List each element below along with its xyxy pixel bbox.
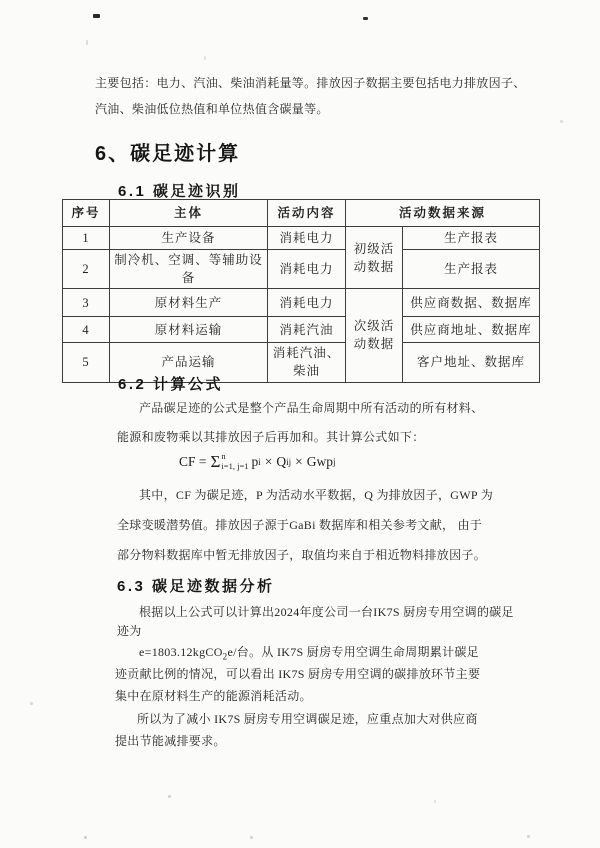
table-cell-source: 生产报表 xyxy=(403,250,540,289)
paragraph-line: 产品碳足迹的公式是整个产品生命周期中所有活动的所有材料、 xyxy=(139,401,483,416)
carbon-footprint-table: 序号 主体 活动内容 活动数据来源 1 生产设备 消耗电力 初级活动数据 生产报… xyxy=(62,199,540,383)
table-cell-source: 客户地址、数据库 xyxy=(403,343,540,382)
table-cell-no: 5 xyxy=(63,343,110,382)
table-cell-activity: 消耗电力 xyxy=(268,250,346,289)
scan-mark xyxy=(84,836,87,839)
paragraph-line: 集中在原材料生产的能源消耗活动。 xyxy=(115,689,312,704)
sigma-symbol: Σ xyxy=(211,452,221,472)
table-header-source: 活动数据来源 xyxy=(346,200,540,227)
table-cell-source: 供应商地址、数据库 xyxy=(403,317,540,343)
scan-mark xyxy=(168,795,171,798)
paragraph-line-emission-value: e=1803.12kgCO2e/台。从 IK7S 厨房专用空调生命周期累计碳足 xyxy=(139,645,479,664)
table-header-no: 序号 xyxy=(63,200,110,227)
table-cell-no: 3 xyxy=(63,289,110,317)
paragraph-line: 全球变暖潜势值。排放因子源于GaBi 数据库和相关参考文献， 由于 xyxy=(117,518,482,533)
paragraph-line: 根据以上公式可以计算出2024年度公司一台IK7S 厨房专用空调的碳足 xyxy=(139,605,514,620)
paragraph-line: 所以为了减小 IK7S 厨房专用空调碳足迹，应重点加大对供应商 xyxy=(137,712,478,727)
scan-mark xyxy=(560,120,563,123)
formula-term-gwp: Gwp xyxy=(307,454,333,470)
table-cell-activity: 消耗电力 xyxy=(268,227,346,250)
table-cell-source: 供应商数据、数据库 xyxy=(403,289,540,317)
scan-mark xyxy=(30,702,33,705)
scan-mark xyxy=(204,56,206,60)
table-cell-group-secondary: 次级活动数据 xyxy=(346,289,403,382)
paragraph-line: 其中，CF 为碳足迹，P 为活动水平数据，Q 为排放因子，GWP 为 xyxy=(139,488,493,503)
multiply-sign: × xyxy=(295,454,303,470)
table-cell-subject: 制冷机、空调、等辅助设备 xyxy=(110,250,268,289)
formula-sub-j: j xyxy=(333,457,336,467)
subsection-heading-6-1: 6.1 碳足迹识别 xyxy=(118,180,241,201)
scan-mark xyxy=(93,14,100,18)
scanned-document-page: 主要包括：电力、汽油、柴油消耗量等。排放因子数据主要包括电力排放因子、 汽油、柴… xyxy=(0,0,600,848)
table-cell-no: 2 xyxy=(63,250,110,289)
table-header-subject: 主体 xyxy=(110,200,268,227)
paragraph-line: 迹为 xyxy=(117,624,142,639)
emission-value-pre: e=1803.12kgCO xyxy=(139,645,223,659)
scan-mark xyxy=(363,17,368,20)
sigma-lower-limit: i=1, j=1 xyxy=(221,462,248,472)
multiply-sign: × xyxy=(265,454,273,470)
paragraph-line: 能源和废物乘以其排放因子后再加和。其计算公式如下： xyxy=(117,430,425,445)
table-cell-subject: 原材料生产 xyxy=(110,289,268,317)
subsection-heading-6-2: 6.2 计算公式 xyxy=(118,373,223,394)
table-row: 4 原材料运输 消耗汽油 供应商地址、数据库 xyxy=(63,317,540,343)
paragraph-line: 提出节能减排要求。 xyxy=(115,734,226,749)
table-cell-activity: 消耗汽油、柴油 xyxy=(268,343,346,382)
table-cell-source: 生产报表 xyxy=(403,227,540,250)
table-row: 2 制冷机、空调、等辅助设备 消耗电力 生产报表 xyxy=(63,250,540,289)
section-heading-6: 6、碳足迹计算 xyxy=(95,137,240,166)
table-cell-activity: 消耗电力 xyxy=(268,289,346,317)
carbon-footprint-formula: CF = Σ n i=1, j=1 pi × Qij × Gwpj xyxy=(179,452,336,472)
table-cell-activity: 消耗汽油 xyxy=(268,317,346,343)
sigma-limits: n i=1, j=1 xyxy=(221,452,248,472)
intro-paragraph-line: 汽油、柴油低位热值和单位热值含碳量等。 xyxy=(95,102,329,117)
table-header-activity: 活动内容 xyxy=(268,200,346,227)
paragraph-line: 部分物料数据库中暂无排放因子，取值均来自于相近物料排放因子。 xyxy=(117,548,486,563)
scan-mark xyxy=(527,835,530,838)
formula-sub-i: i xyxy=(258,457,261,467)
scan-mark xyxy=(434,800,436,803)
emission-value-post: e/台。从 IK7S 厨房专用空调生命周期累计碳足 xyxy=(227,645,479,659)
table-cell-no: 1 xyxy=(63,227,110,250)
table-row: 1 生产设备 消耗电力 初级活动数据 生产报表 xyxy=(63,227,540,250)
subsection-heading-6-3: 6.3 碳足迹数据分析 xyxy=(117,575,275,596)
paragraph-line: 迹贡献比例的情况，可以看出 IK7S 厨房专用空调的碳排放环节主要 xyxy=(115,667,480,682)
intro-paragraph-line: 主要包括：电力、汽油、柴油消耗量等。排放因子数据主要包括电力排放因子、 xyxy=(95,76,526,91)
scan-mark xyxy=(86,40,88,45)
table-cell-subject: 原材料运输 xyxy=(110,317,268,343)
table-row: 3 原材料生产 消耗电力 次级活动数据 供应商数据、数据库 xyxy=(63,289,540,317)
formula-sub-ij: ij xyxy=(286,457,291,467)
formula-lhs: CF = xyxy=(179,454,207,470)
formula-term-q: Q xyxy=(276,454,286,470)
table-cell-subject: 生产设备 xyxy=(110,227,268,250)
formula-term-p: p xyxy=(251,454,258,470)
table-cell-group-primary: 初级活动数据 xyxy=(346,227,403,289)
table-cell-no: 4 xyxy=(63,317,110,343)
table-header-row: 序号 主体 活动内容 活动数据来源 xyxy=(63,200,540,227)
scan-mark xyxy=(250,836,253,839)
